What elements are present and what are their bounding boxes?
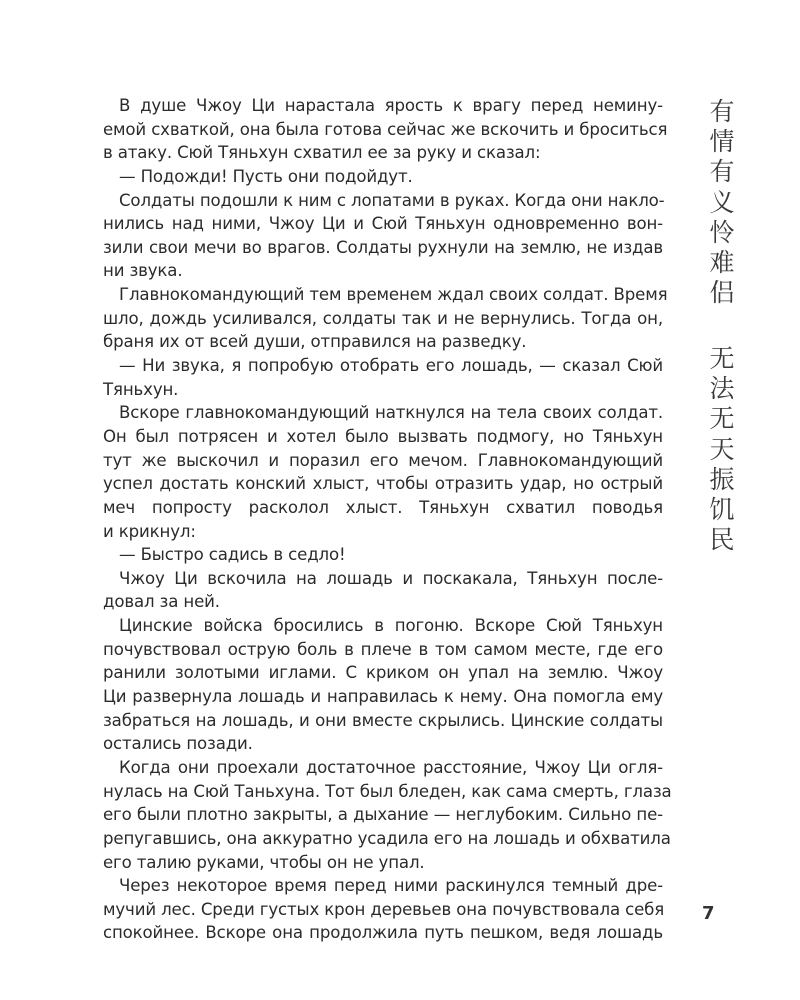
vertical-title-char: 无 xyxy=(704,404,740,434)
text-line: нились над ними, Чжоу Ци и Сюй Тяньхун о… xyxy=(103,212,663,236)
text-line: и крикнул: xyxy=(103,520,663,544)
text-line: забраться на лошадь, и они вместе скрыли… xyxy=(103,709,663,733)
text-line: Когда они проехали достаточное расстояни… xyxy=(103,756,663,780)
text-line: — Подожди! Пусть они подойдут. xyxy=(103,165,663,189)
text-line: его талию руками, чтобы он не упал. xyxy=(103,851,663,875)
text-line: его были плотно закрыты, а дыхание — нег… xyxy=(103,803,663,827)
vertical-title-char: 情 xyxy=(704,127,740,157)
text-line: в атаку. Сюй Тяньхун схватил ее за руку … xyxy=(103,141,663,165)
vertical-title-char: 振 xyxy=(704,465,740,495)
text-line: Цинские войска бросились в погоню. Вскор… xyxy=(103,614,663,638)
text-line: Ци развернула лошадь и направилась к нем… xyxy=(103,685,663,709)
text-line: емой схваткой, она была готова сейчас же… xyxy=(103,118,663,142)
text-line: Он был потрясен и хотел было вызвать под… xyxy=(103,425,663,449)
text-line: спокойнее. Вскоре она продолжила путь пе… xyxy=(103,921,663,945)
vertical-title-char: 义 xyxy=(704,188,740,218)
text-line: мучий лес. Среди густых крон деревьев он… xyxy=(103,898,663,922)
text-line: репугавшись, она аккуратно усадила его н… xyxy=(103,827,663,851)
text-line: Солдаты подошли к ним с лопатами в руках… xyxy=(103,189,663,213)
text-line: Главнокомандующий тем временем ждал свои… xyxy=(103,283,663,307)
text-line: остались позади. xyxy=(103,732,663,756)
vertical-title-char: 民 xyxy=(704,525,740,555)
text-line: Через некоторое время перед ними раскину… xyxy=(103,874,663,898)
vertical-title-char: 怜 xyxy=(704,218,740,248)
text-line: Чжоу Ци вскочила на лошадь и поскакала, … xyxy=(103,567,663,591)
vertical-title-char: 有 xyxy=(704,157,740,187)
body-text: В душе Чжоу Ци нарастала ярость к врагу … xyxy=(103,94,663,945)
text-line: тут же выскочил и поразил его мечом. Гла… xyxy=(103,449,663,473)
vertical-title-char: 难 xyxy=(704,248,740,278)
text-line: почувствовал острую боль в плече в том с… xyxy=(103,638,663,662)
text-line: нулась на Сюй Таньхуна. Тот был бледен, … xyxy=(103,780,663,804)
text-line: — Ни звука, я попробую отобрать его лоша… xyxy=(103,354,663,378)
text-line: успел достать конский хлыст, чтобы отраз… xyxy=(103,472,663,496)
book-page: В душе Чжоу Ци нарастала ярость к врагу … xyxy=(0,0,800,1000)
vertical-title-char: 法 xyxy=(704,374,740,404)
vertical-title-char: 饥 xyxy=(704,495,740,525)
text-line: ни звука. xyxy=(103,259,663,283)
text-line: В душе Чжоу Ци нарастала ярость к врагу … xyxy=(103,94,663,118)
text-line: меч попросту расколол хлыст. Тяньхун схв… xyxy=(103,496,663,520)
vertical-title-char: 无 xyxy=(704,344,740,374)
text-line: шло, дождь усиливался, солдаты так и не … xyxy=(103,307,663,331)
text-line: зили свои мечи во врагов. Солдаты рухнул… xyxy=(103,236,663,260)
text-line: ранили золотыми иглами. С криком он упал… xyxy=(103,661,663,685)
page-number: 7 xyxy=(702,903,715,924)
vertical-title-2: 无法无天振饥民 xyxy=(704,344,740,555)
text-line: Тяньхун. xyxy=(103,378,663,402)
text-line: Вскоре главнокомандующий наткнулся на те… xyxy=(103,401,663,425)
vertical-title-char: 侣 xyxy=(704,278,740,308)
text-line: — Быстро садись в седло! xyxy=(103,543,663,567)
vertical-title-char: 天 xyxy=(704,435,740,465)
text-line: браня их от всей души, отправился на раз… xyxy=(103,330,663,354)
vertical-title-1: 有情有义怜难侣 xyxy=(704,97,740,308)
vertical-title-char: 有 xyxy=(704,97,740,127)
text-line: довал за ней. xyxy=(103,590,663,614)
